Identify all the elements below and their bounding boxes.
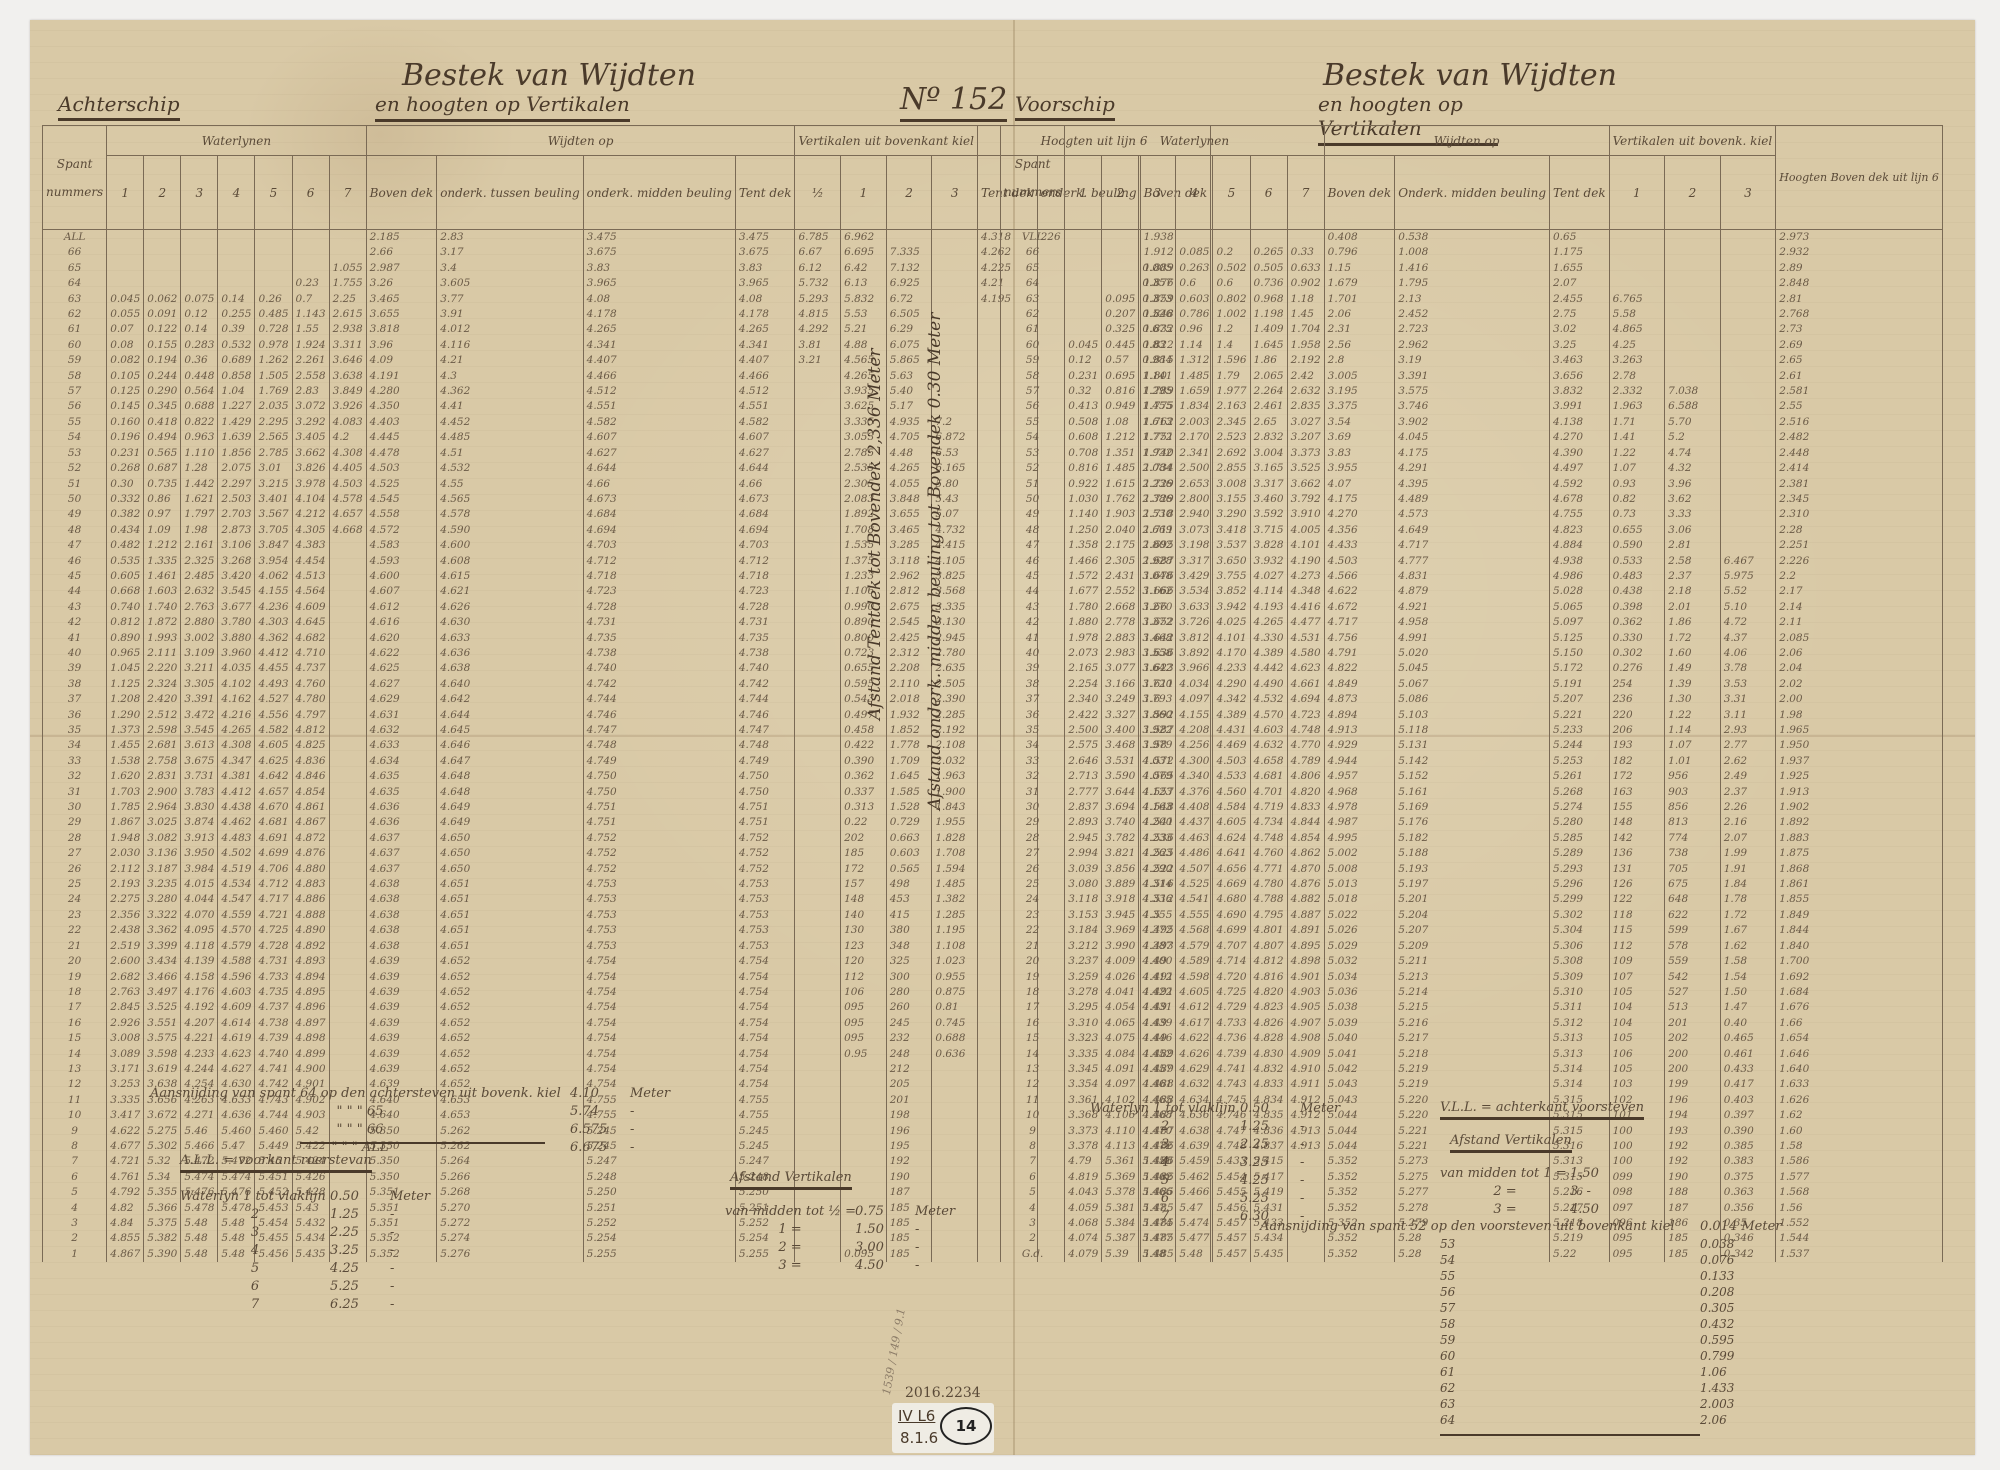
table-cell: 0.82: [1609, 492, 1665, 507]
table-cell: 4.551: [735, 399, 795, 414]
table-cell: 5.457: [1213, 1247, 1250, 1262]
table-cell: 4.559: [218, 908, 255, 923]
table-cell: 4.155: [1176, 708, 1213, 723]
table-cell: 4.605: [1213, 815, 1250, 830]
table-cell: [329, 569, 366, 584]
table-cell: 4.493: [255, 677, 292, 692]
table-cell: 0.97: [144, 507, 181, 522]
table-cell: 1.58: [1776, 1139, 1943, 1154]
table-cell: 1.335: [144, 554, 181, 569]
table-cell: 5.201: [1395, 892, 1550, 907]
table-cell: [795, 923, 841, 938]
table-cell: 1.002: [1213, 307, 1250, 322]
table-cell: 4.751: [583, 815, 735, 830]
table-cell: 4.72: [1720, 615, 1776, 630]
table-cell: 2.49: [1720, 769, 1776, 784]
table-cell: 4.592: [1550, 477, 1610, 492]
table-row: 352.5003.4003.9224.2084.4314.6034.7484.9…: [1001, 723, 1943, 738]
table-cell: 4.603: [218, 985, 255, 1000]
table-cell: 3.619: [144, 1062, 181, 1077]
table-cell: [1720, 307, 1776, 322]
table-cell: 3.54: [1324, 415, 1395, 430]
frame-number: 1: [43, 1247, 107, 1262]
table-cell: 4.896: [292, 1000, 329, 1015]
table-cell: 3.918: [1102, 892, 1139, 907]
table-cell: 2.341: [1176, 446, 1213, 461]
table-cell: 4.431: [1213, 723, 1250, 738]
table-row: 372.3403.2493.7934.0974.3424.5324.6944.8…: [1001, 692, 1943, 707]
table-cell: 5.172: [1550, 661, 1610, 676]
table-row: 530.7081.3511.9322.3412.6923.0043.3733.8…: [1001, 446, 1943, 461]
table-cell: 2.89: [1776, 261, 1943, 276]
table-cell: 4.083: [329, 415, 366, 430]
frame-number: 61: [1001, 322, 1065, 337]
note-unit: -: [630, 1122, 634, 1137]
table-cell: 100: [1609, 1139, 1665, 1154]
table-cell: 0.688: [181, 399, 218, 414]
table-cell: 0.465: [1720, 1031, 1776, 1046]
table-cell: 5.313: [1550, 1031, 1610, 1046]
frame-number: 60: [1001, 338, 1065, 353]
table-cell: 5.10: [1720, 600, 1776, 615]
table-cell: 4.855: [107, 1231, 144, 1246]
table-cell: 4.644: [735, 461, 795, 476]
table-cell: 4.533: [1213, 769, 1250, 784]
table-cell: 3.650: [1213, 554, 1250, 569]
table-cell: 4.731: [735, 615, 795, 630]
table-cell: 1.568: [1776, 1185, 1943, 1200]
table-cell: 4.670: [255, 800, 292, 815]
table-cell: 4.558: [366, 507, 437, 522]
note-text: " " " 66: [150, 1121, 570, 1139]
table-cell: 4.208: [1176, 723, 1213, 738]
table-cell: 3.655: [366, 307, 437, 322]
table-cell: 4.633: [437, 631, 583, 646]
table-cell: 4.300: [1176, 754, 1213, 769]
table-cell: 5.042: [1324, 1062, 1395, 1077]
table-cell: 3.405: [292, 430, 329, 445]
table-cell: 4.725: [255, 923, 292, 938]
table-cell: 3.310: [1065, 1016, 1102, 1031]
table-cell: 1.250: [1065, 523, 1102, 538]
table-cell: 2.926: [107, 1016, 144, 1031]
note-text: 4: [1090, 1154, 1240, 1172]
table-cell: 2.75: [1550, 307, 1610, 322]
table-cell: 2.17: [1776, 584, 1943, 599]
table-cell: 4.041: [1102, 985, 1139, 1000]
table-cell: 4.639: [366, 1016, 437, 1031]
table-cell: 1.875: [1776, 846, 1943, 861]
table-cell: 4.750: [583, 769, 735, 784]
rake-value: 0.432: [1700, 1317, 1734, 1331]
table-cell: 2.530: [1139, 507, 1176, 522]
table-cell: 5.213: [1395, 970, 1550, 985]
table-cell: 5.477: [1176, 1231, 1213, 1246]
frame-number: 36: [1001, 708, 1065, 723]
table-cell: 5.314: [1550, 1077, 1610, 1092]
table-cell: 0.93: [1609, 477, 1665, 492]
note-text: 3 =: [725, 1257, 855, 1275]
frame-number: 19: [1001, 970, 1065, 985]
table-cell: 300: [886, 970, 932, 985]
table-cell: [795, 723, 841, 738]
table-cell: 5.214: [1395, 985, 1550, 1000]
table-cell: 4.771: [1250, 862, 1287, 877]
table-cell: 3.400: [1102, 723, 1139, 738]
table-cell: 3.027: [1287, 415, 1324, 430]
table-cell: 4.070: [181, 908, 218, 923]
table-cell: 1.785: [107, 800, 144, 815]
table-cell: 1.98: [1776, 708, 1943, 723]
table-cell: 1.030: [1065, 492, 1102, 507]
table-cell: 2.37: [1720, 785, 1776, 800]
note-row: 54.25-: [1090, 1172, 1340, 1190]
table-cell: [329, 877, 366, 892]
table-cell: 4.957: [1324, 769, 1395, 784]
table-cell: 1.485: [1102, 461, 1139, 476]
table-cell: [795, 954, 841, 969]
table-cell: 2.192: [1287, 353, 1324, 368]
column-header: 6: [1250, 156, 1287, 230]
table-cell: 2.653: [1176, 477, 1213, 492]
table-cell: [795, 877, 841, 892]
table-cell: 4.025: [1213, 615, 1250, 630]
table-cell: 4.744: [735, 692, 795, 707]
rake-frame: 57: [1260, 1300, 1700, 1316]
table-cell: 3.02: [1550, 322, 1610, 337]
table-cell: 3.83: [735, 261, 795, 276]
table-cell: [841, 1154, 887, 1169]
rake-frame: 55: [1260, 1268, 1700, 1284]
frame-number: 9: [1001, 1124, 1065, 1139]
table-cell: 1.455: [107, 738, 144, 753]
table-cell: 3.780: [218, 615, 255, 630]
table-cell: 4.968: [1324, 785, 1395, 800]
table-cell: [329, 815, 366, 830]
frame-number: 5: [1001, 1185, 1065, 1200]
table-cell: 4.898: [1287, 954, 1324, 969]
frame-number: 40: [43, 646, 107, 661]
table-cell: 3.922: [1139, 723, 1176, 738]
table-cell: 2.02: [1776, 677, 1943, 692]
table-cell: 0.96: [1176, 322, 1213, 337]
table-cell: [795, 754, 841, 769]
table-cell: 4.200: [1139, 815, 1176, 830]
table-cell: 4.469: [1213, 738, 1250, 753]
table-cell: 1.461: [144, 569, 181, 584]
table-cell: 4.565: [437, 492, 583, 507]
table-cell: 4.642: [437, 692, 583, 707]
table-cell: 5.255: [583, 1247, 735, 1262]
table-cell: [795, 554, 841, 569]
table-cell: 1.14: [1665, 723, 1721, 738]
frame-number: 3: [43, 1216, 107, 1231]
table-cell: 0.688: [932, 1031, 978, 1046]
table-cell: 4.734: [1250, 815, 1287, 830]
table-cell: 2.073: [1065, 646, 1102, 661]
table-cell: 1.455: [1139, 399, 1176, 414]
table-row: 123.3544.0974.4614.6324.7434.8334.9115.0…: [1001, 1077, 1943, 1092]
note-unit: Meter: [1741, 1219, 1781, 1234]
rake-heading: Aansnijding van spant 52 op den voorstev…: [1260, 1218, 1782, 1236]
table-cell: 4.684: [583, 507, 735, 522]
table-cell: 4.723: [583, 584, 735, 599]
table-cell: 3.979: [1139, 738, 1176, 753]
table-cell: 1.676: [1776, 1000, 1943, 1015]
table-cell: 4.876: [292, 846, 329, 861]
note-text: " " " 65: [150, 1103, 570, 1121]
table-cell: [1665, 261, 1721, 276]
frame-number: 44: [1001, 584, 1065, 599]
table-row: 143.3354.0844.4524.6264.7394.8304.9095.0…: [1001, 1047, 1943, 1062]
table-cell: 4.816: [1250, 970, 1287, 985]
note-value: 2.25: [330, 1224, 390, 1242]
table-cell: 2.668: [1102, 600, 1139, 615]
table-cell: 4.901: [1287, 970, 1324, 985]
table-cell: 4.673: [583, 492, 735, 507]
table-cell: 3.642: [1139, 661, 1176, 676]
frame-number: 10: [43, 1108, 107, 1123]
table-cell: 4.25: [1609, 338, 1665, 353]
table-cell: 4.236: [255, 600, 292, 615]
table-cell: 1.700: [1776, 954, 1943, 969]
table-cell: [841, 1124, 887, 1139]
table-cell: [329, 769, 366, 784]
table-cell: 4.639: [366, 970, 437, 985]
table-cell: 4.754: [735, 985, 795, 1000]
note-value: 4.25: [330, 1260, 390, 1278]
frame-number: 37: [1001, 692, 1065, 707]
table-cell: [1250, 230, 1287, 246]
note-unit: -: [390, 1261, 394, 1276]
table-cell: 3.077: [1102, 661, 1139, 676]
table-cell: 4.622: [366, 646, 437, 661]
frame-number: 16: [1001, 1016, 1065, 1031]
table-cell: 5.176: [1395, 815, 1550, 830]
table-cell: 1.537: [1776, 1247, 1943, 1262]
table-cell: 4.118: [181, 939, 218, 954]
table-cell: 5.382: [144, 1231, 181, 1246]
table-cell: [795, 785, 841, 800]
table-cell: [1720, 245, 1776, 260]
table-cell: [795, 1077, 841, 1092]
table-cell: 3.62: [1665, 492, 1721, 507]
table-cell: 1.485: [1176, 369, 1213, 384]
table-cell: 6.962: [841, 230, 887, 246]
table-cell: 1.925: [1776, 769, 1943, 784]
table-cell: 3.025: [144, 815, 181, 830]
table-cell: 2.65: [1776, 353, 1943, 368]
table-cell: 1.4: [1213, 338, 1250, 353]
table-cell: 2.802: [1139, 538, 1176, 553]
table-cell: 4.882: [1287, 892, 1324, 907]
table-cell: [795, 1093, 841, 1108]
frame-number: 33: [43, 754, 107, 769]
table-cell: [795, 646, 841, 661]
frame-number: 4: [43, 1201, 107, 1216]
table-cell: 5.182: [1395, 831, 1550, 846]
table-cell: 4.742: [735, 677, 795, 692]
table-cell: 5.261: [1550, 769, 1610, 784]
table-cell: 2.305: [1102, 554, 1139, 569]
table-cell: 4.178: [583, 307, 735, 322]
table-cell: 1.596: [1213, 353, 1250, 368]
table-cell: 0.26: [255, 292, 292, 307]
table-cell: [795, 831, 841, 846]
table-cell: 4.407: [735, 353, 795, 368]
table-cell: 4.728: [255, 939, 292, 954]
table-cell: 4.622: [1324, 584, 1395, 599]
table-cell: 4.890: [292, 923, 329, 938]
table-cell: 3.77: [437, 292, 583, 307]
note-value: 3.00: [855, 1239, 915, 1257]
frame-number: 55: [1001, 415, 1065, 430]
table-cell: [329, 677, 366, 692]
table-cell: 4.625: [366, 661, 437, 676]
table-cell: 2.512: [144, 708, 181, 723]
frame-number: 28: [43, 831, 107, 846]
table-cell: 5.302: [1550, 908, 1610, 923]
aft-waterline-spacing: Waterlyn 1 tot vlaklijn0.50Meter21.25-32…: [180, 1188, 430, 1314]
table-row: 461.4662.3052.9283.3173.6503.9324.1904.5…: [1001, 554, 1943, 569]
table-cell: 4.743: [1213, 1077, 1250, 1092]
table-cell: 4.703: [583, 538, 735, 553]
table-cell: 2.485: [181, 569, 218, 584]
table-cell: [1213, 230, 1250, 246]
table-cell: 3.420: [218, 569, 255, 584]
table-cell: 0.816: [1065, 461, 1102, 476]
table-cell: 0.433: [1720, 1062, 1776, 1077]
table-cell: 4.681: [255, 815, 292, 830]
frame-number: G.d.: [1001, 1247, 1065, 1262]
note-value: 0.75: [855, 1203, 915, 1221]
table-cell: 3.978: [292, 477, 329, 492]
table-cell: 2.431: [1102, 569, 1139, 584]
table-cell: 3.26: [366, 276, 437, 291]
note-text: Waterlyn 1 tot vlaklijn: [1090, 1100, 1240, 1118]
table-cell: 5.034: [1324, 970, 1395, 985]
table-cell: 3.372: [1139, 615, 1176, 630]
table-cell: 4.355: [1139, 908, 1176, 923]
frame-number: 45: [1001, 569, 1065, 584]
table-cell: [1720, 492, 1776, 507]
table-cell: 1.932: [1139, 446, 1176, 461]
table-cell: [329, 708, 366, 723]
frame-number: 8: [43, 1139, 107, 1154]
table-cell: 4.596: [218, 970, 255, 985]
frame-number: 65: [1001, 261, 1065, 276]
table-cell: 105: [1609, 1031, 1665, 1046]
table-cell: 3.06: [1665, 523, 1721, 538]
table-cell: 2.785: [255, 446, 292, 461]
table-cell: 4.651: [437, 939, 583, 954]
table-cell: 3.633: [1176, 600, 1213, 615]
table-cell: 4.753: [735, 939, 795, 954]
table-cell: 3.33: [1665, 507, 1721, 522]
frame-number: 13: [43, 1062, 107, 1077]
table-cell: [329, 538, 366, 553]
frame-number: 31: [43, 785, 107, 800]
table-cell: 4.607: [735, 430, 795, 445]
note-row: Aansnijding van spant 64 op den achterst…: [150, 1085, 670, 1103]
rake-value: 0.038: [1700, 1237, 1734, 1251]
table-cell: 3.545: [181, 723, 218, 738]
note-unit: Meter: [1300, 1101, 1340, 1116]
note-row: 632.003: [1260, 1396, 1782, 1412]
table-cell: 5.018: [1324, 892, 1395, 907]
table-cell: [795, 384, 841, 399]
table-cell: 4.755: [735, 1093, 795, 1108]
frame-number: 27: [1001, 846, 1065, 861]
table-cell: 4.760: [1250, 846, 1287, 861]
table-cell: 5.276: [437, 1247, 583, 1262]
table-cell: 4.638: [366, 908, 437, 923]
frame-number: 57: [43, 384, 107, 399]
table-cell: 5.040: [1324, 1031, 1395, 1046]
table-cell: 4.638: [366, 939, 437, 954]
table-cell: 4.620: [366, 631, 437, 646]
table-cell: 4.854: [1287, 831, 1324, 846]
table-cell: 4.641: [1213, 846, 1250, 861]
table-cell: [795, 800, 841, 815]
table-cell: 4.849: [1324, 677, 1395, 692]
table-cell: 3.965: [735, 276, 795, 291]
table-cell: 4.651: [437, 892, 583, 907]
table-cell: 1.855: [1776, 892, 1943, 907]
table-cell: 4.265: [1250, 615, 1287, 630]
table-cell: 4.614: [218, 1016, 255, 1031]
table-cell: 1.54: [1720, 970, 1776, 985]
table-cell: 4.880: [292, 862, 329, 877]
table-cell: 0.663: [886, 831, 932, 846]
note-row: Waterlyn 1 tot vlaklijn0.50Meter: [1090, 1100, 1340, 1118]
table-cell: 4.712: [583, 554, 735, 569]
table-cell: 2.065: [1250, 369, 1287, 384]
vll-heading: V.L.L. = achterkant voorsteven: [1440, 1100, 1644, 1120]
table-cell: 4.452: [437, 415, 583, 430]
table-cell: 3.418: [1213, 523, 1250, 538]
table-cell: 4.005: [1287, 523, 1324, 538]
table-cell: [795, 446, 841, 461]
table-cell: 4.652: [437, 1000, 583, 1015]
table-cell: 0.86: [144, 492, 181, 507]
frame-number: 59: [1001, 353, 1065, 368]
table-cell: 3.965: [583, 276, 735, 291]
table-cell: 2.758: [144, 754, 181, 769]
table-cell: 4.192: [181, 1000, 218, 1015]
table-cell: [255, 230, 292, 246]
table-cell: 118: [1609, 908, 1665, 923]
table-cell: 5.169: [1395, 800, 1550, 815]
table-row: 660.0850.20.2650.330.7961.0081.1752.932: [1001, 245, 1943, 260]
table-cell: 4.193: [1250, 600, 1287, 615]
table-cell: 2.763: [181, 600, 218, 615]
table-cell: [795, 600, 841, 615]
column-header: 1: [107, 156, 144, 230]
frame-number: 32: [1001, 769, 1065, 784]
table-cell: 4.735: [583, 631, 735, 646]
table-cell: 4.412: [255, 646, 292, 661]
table-cell: 4.731: [255, 954, 292, 969]
table-cell: [1287, 230, 1324, 246]
note-text: 4: [180, 1242, 330, 1260]
table-cell: 4.723: [1287, 708, 1324, 723]
table-cell: 5.244: [1550, 738, 1610, 753]
note-unit: -: [1300, 1191, 1304, 1206]
table-cell: 1.615: [1102, 477, 1139, 492]
table-cell: 0.875: [932, 985, 978, 1000]
table-cell: 103: [1609, 1077, 1665, 1092]
